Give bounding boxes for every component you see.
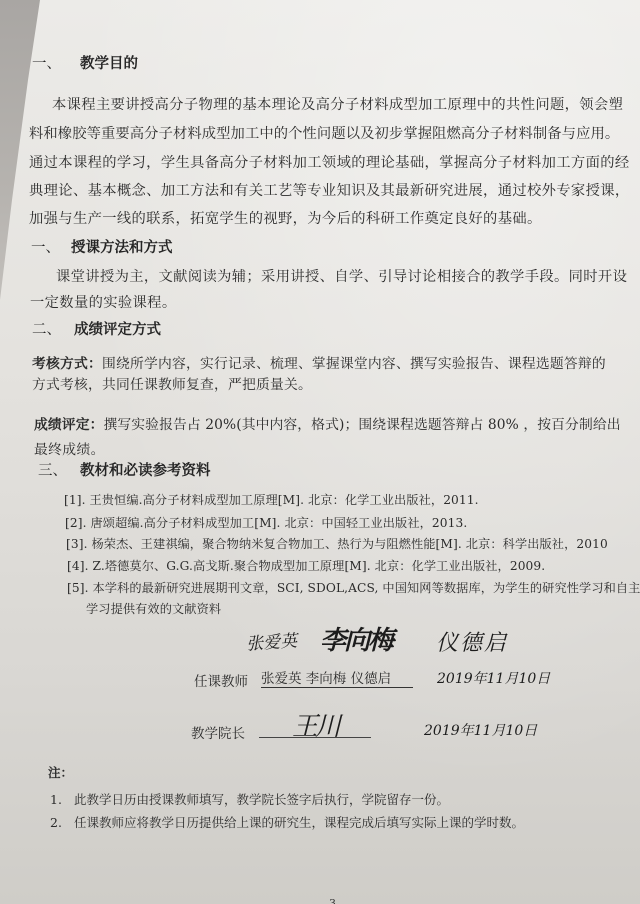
grading-label: 成绩评定： <box>34 417 103 433</box>
teacher-sign-date: 2019年11月10日 <box>437 668 550 688</box>
section-title: 教材和必读参考资料 <box>80 462 211 479</box>
dean-label: 教学院长 <box>191 722 245 742</box>
dean-sign-date: 2019年11月10日 <box>424 720 537 740</box>
section-number: 二、 <box>32 318 74 339</box>
handwritten-signature-3: 仪德启 <box>436 626 508 657</box>
notes-title: 注： <box>48 763 73 781</box>
paragraph-line: 典理论、基本概念、加工方法和有关工艺等专业知识及其最新研究进展，通过校外专家授课… <box>29 180 630 200</box>
reference-item: [5]. 本学科的最新研究进展期刊文章，SCI, SDOL,ACS, 中国知网等… <box>67 579 640 596</box>
section-heading-teaching-methods: 一、授课方法和方式 <box>31 236 173 257</box>
reference-item: [1]. 王贵恒编.高分子材料成型加工原理[M]. 北京：化学工业出版社，201… <box>64 491 479 508</box>
assessment-text: 围绕所学内容，实行记录、梳理、掌握课堂内容、撰写实验报告、课程选题答辩的 <box>102 356 606 372</box>
grading-text: 撰写实验报告占 20%(其中内容，格式)；围绕课程选题答辩占 80% ，按百分制… <box>103 417 620 433</box>
reference-item: [4]. Z.塔德莫尔、G.G.高戈斯.聚合物成型加工原理[M]. 北京：化学工… <box>67 557 545 574</box>
section-number: 一、 <box>32 52 80 73</box>
grading-line: 成绩评定：撰写实验报告占 20%(其中内容，格式)；围绕课程选题答辩占 80% … <box>34 413 621 433</box>
section-heading-grading: 二、成绩评定方式 <box>32 318 161 339</box>
section-number: 一、 <box>31 236 71 257</box>
reference-item-continued: 学习提供有效的文献资料 <box>86 600 221 617</box>
assessment-line-2: 方式考核，共同任课教师复查，严把质量关。 <box>32 373 312 393</box>
note-item: 2.任课教师应将教学日历提供给上课的研究生，课程完成后填写实际上课的学时数。 <box>50 813 524 831</box>
teacher-label: 任课教师 <box>194 670 248 690</box>
teacher-names-field: 张爱英 李向梅 仪德启 <box>261 668 413 688</box>
section-heading-references: 三、教材和必读参考资料 <box>38 459 211 480</box>
teacher-names: 张爱英 李向梅 仪德启 <box>261 671 413 688</box>
paragraph-line: 本课程主要讲授高分子物理的基本理论及高分子材料成型加工原理中的共性问题，领会塑 <box>52 94 623 114</box>
note-number: 2. <box>50 815 74 830</box>
section-title: 授课方法和方式 <box>71 239 173 256</box>
handwritten-signature-1: 张爱英 <box>245 626 298 654</box>
note-text: 此教学日历由授课教师填写，教学院长签字后执行，学院留存一份。 <box>74 792 449 807</box>
paragraph-line: 加强与生产一线的联系，拓宽学生的视野，为今后的科研工作奠定良好的基础。 <box>29 208 542 228</box>
document-page: 一、教学目的 本课程主要讲授高分子物理的基本理论及高分子材料成型加工原理中的共性… <box>0 0 640 904</box>
paragraph-line: 料和橡胶等重要高分子材料成型加工中的个性问题以及初步掌握阻燃高分子材料制备与应用… <box>29 123 619 143</box>
grading-line-2: 最终成绩。 <box>34 438 105 458</box>
reference-item: [3]. 杨荣杰、王建祺编，聚合物纳米复合物加工、热行为与阻燃性能[M]. 北京… <box>66 535 608 552</box>
page-number: 3 <box>329 897 336 904</box>
dean-signature: 王川 <box>292 706 338 743</box>
assessment-line: 考核方式：围绕所学内容，实行记录、梳理、掌握课堂内容、撰写实验报告、课程选题答辩… <box>32 352 606 372</box>
section-title: 成绩评定方式 <box>74 321 161 338</box>
section-title: 教学目的 <box>80 55 138 72</box>
paragraph-line: 通过本课程的学习，学生具备高分子材料加工领域的理论基础，掌握高分子材料加工方面的… <box>29 152 630 172</box>
paragraph-line: 课堂讲授为主，文献阅读为辅；采用讲授、自学、引导讨论相接合的教学手段。同时开设 <box>56 266 627 286</box>
assessment-label: 考核方式： <box>32 356 102 372</box>
note-number: 1. <box>50 792 74 807</box>
note-text: 任课教师应将教学日历提供给上课的研究生，课程完成后填写实际上课的学时数。 <box>74 815 524 830</box>
handwritten-signature-2: 李向梅 <box>320 620 392 657</box>
section-number: 三、 <box>38 459 80 480</box>
section-heading-teaching-purpose: 一、教学目的 <box>32 52 138 73</box>
paragraph-line: 一定数量的实验课程。 <box>30 292 176 312</box>
note-item: 1.此教学日历由授课教师填写，教学院长签字后执行，学院留存一份。 <box>50 790 449 808</box>
reference-item: [2]. 唐颂超编.高分子材料成型加工[M]. 北京：中国轻工业出版社，2013… <box>65 514 467 531</box>
